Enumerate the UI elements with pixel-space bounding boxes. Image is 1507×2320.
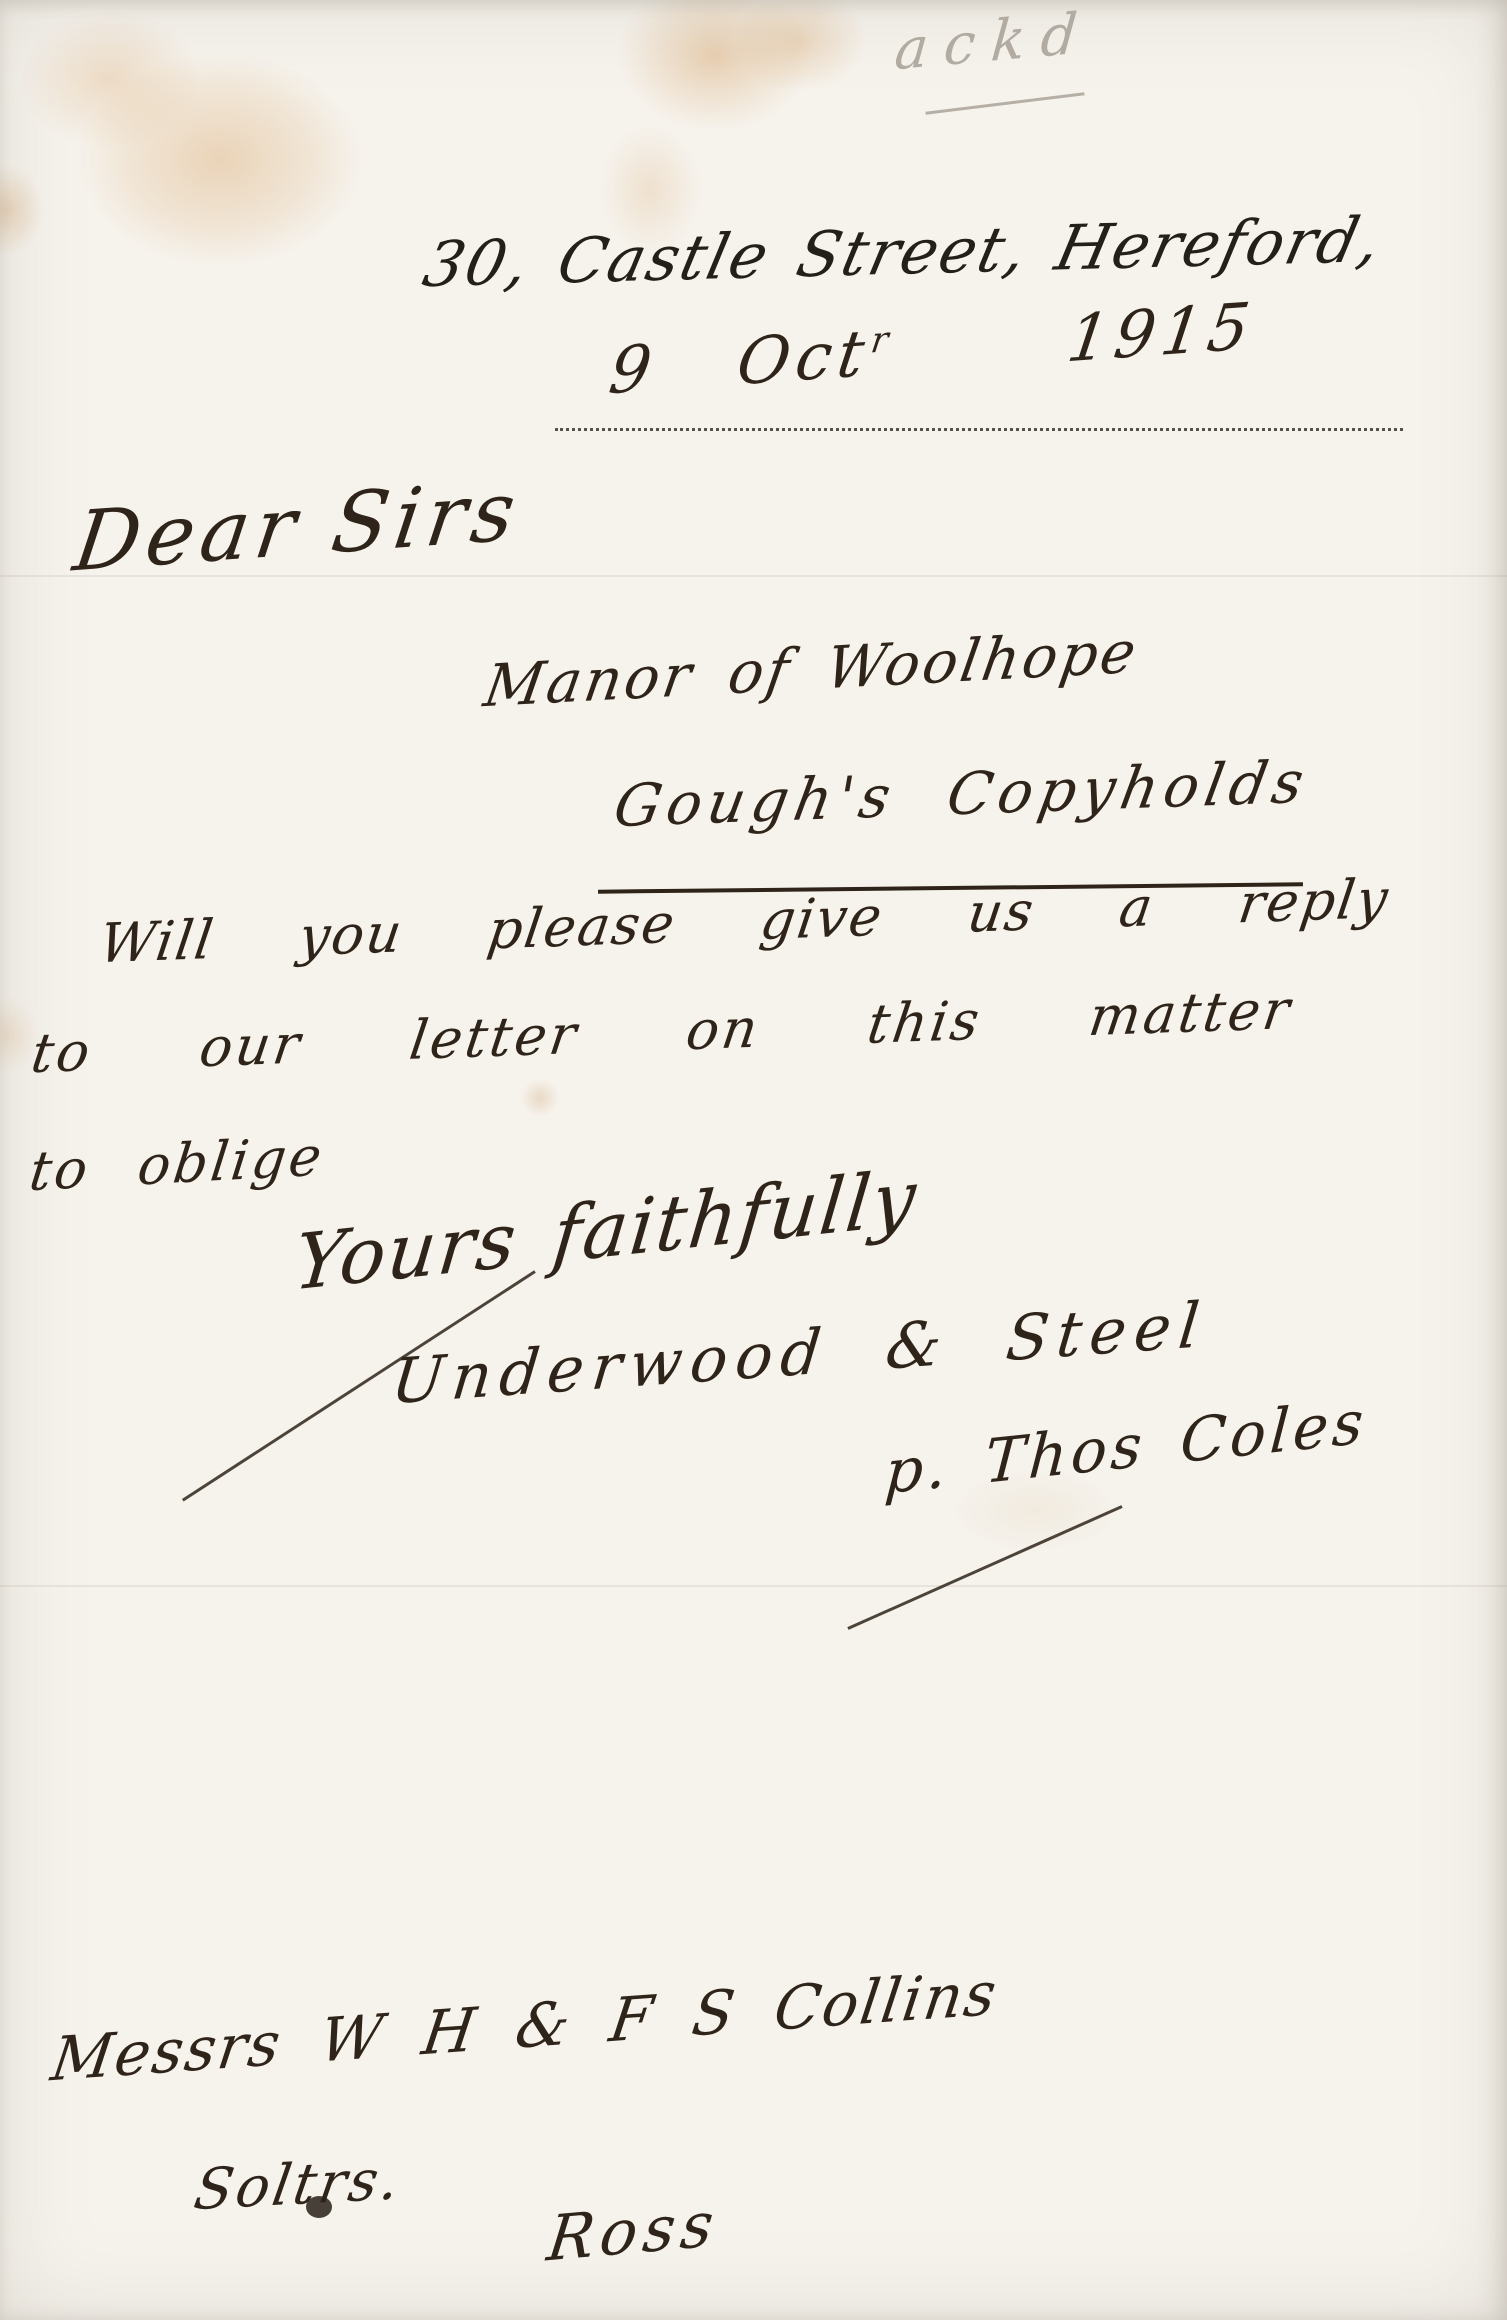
date-dotted-rule	[555, 428, 1403, 431]
ink-blot	[306, 2196, 332, 2218]
closing: Yours faithfully	[290, 1152, 922, 1308]
fold-crease-bottom	[0, 1585, 1507, 1587]
letter-page: ackd 30, Castle Street, Hereford, 9 Octr…	[0, 0, 1507, 2320]
date-line: 9 Octr 1915	[605, 289, 1260, 409]
signature-firm: Underwood & Steel	[388, 1288, 1211, 1419]
subject-line-2: Gough's Copyholds	[609, 748, 1315, 841]
pencil-annotation: ackd	[892, 0, 1096, 83]
pencil-annotation-text: ackd	[892, 0, 1096, 83]
date-day-month: 9 Oct	[605, 316, 875, 409]
body-line-3: to oblige	[26, 1124, 328, 1203]
date-year: 1915	[1063, 289, 1260, 377]
addressee-name: Messrs W H & F S Collins	[47, 1958, 1002, 2095]
letterhead-address: 30, Castle Street, Hereford,	[417, 203, 1390, 301]
signature-per: p. Thos Coles	[883, 1387, 1370, 1509]
date-superscript: r	[868, 319, 897, 362]
addressee-place: Ross	[543, 2187, 723, 2276]
salutation: Dear Sirs	[68, 463, 527, 590]
subject-line-1: Manor of Woolhope	[480, 617, 1144, 720]
body-line-2: to our letter on this matter	[28, 978, 1297, 1085]
signature-flourish-stroke	[847, 1505, 1122, 1630]
pencil-annotation-underline	[925, 92, 1084, 114]
body-line-1: Will you please give us a reply	[96, 867, 1394, 975]
addressee-title: Soltrs.	[190, 2147, 407, 2223]
